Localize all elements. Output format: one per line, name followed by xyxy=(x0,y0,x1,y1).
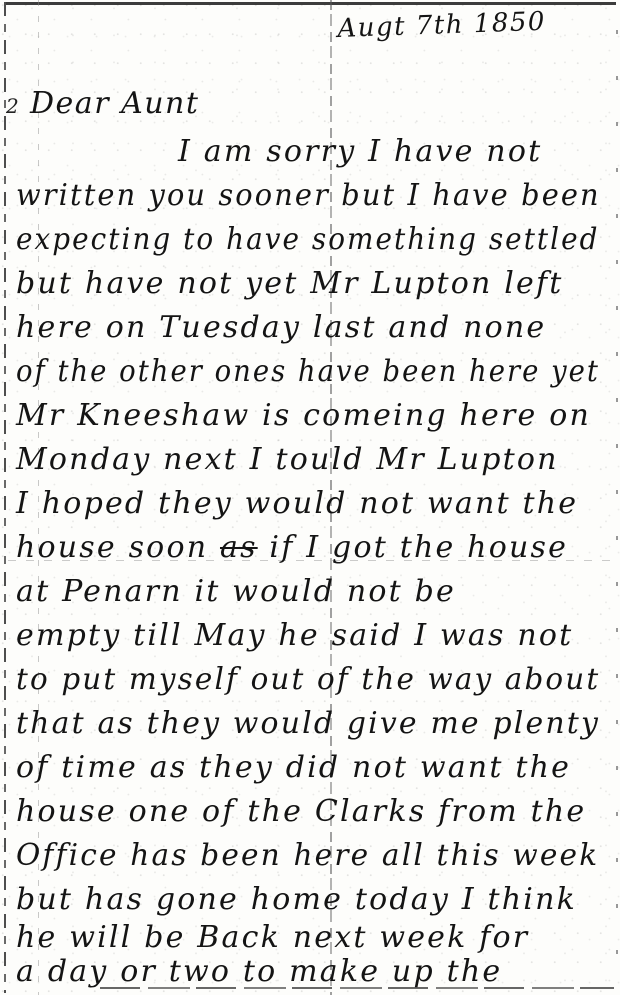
page-border-top xyxy=(6,2,616,5)
letter-date: Augt 7th 1850 xyxy=(337,7,546,44)
page-border-right xyxy=(616,10,618,985)
margin-page-number: 2 xyxy=(6,94,19,118)
letter-line: he will be Back next week for xyxy=(16,920,529,955)
letter-line: a day or two to make up the xyxy=(16,954,502,989)
letter-line: written you sooner but I have been xyxy=(16,178,601,213)
letter-line: Monday next I tould Mr Lupton xyxy=(16,442,559,477)
letter-line: of time as they did not want the xyxy=(16,750,571,785)
letter-line: Mr Kneeshaw is comeing here on xyxy=(16,398,591,433)
letter-salutation: Dear Aunt xyxy=(30,86,199,121)
letter-line: but has gone home today I think xyxy=(16,882,577,917)
letter-line: expecting to have something settled xyxy=(16,222,599,257)
letter-line: at Penarn it would not be xyxy=(16,574,456,609)
letter-page: Augt 7th 1850 2 Dear Aunt I am sorry I h… xyxy=(0,0,620,995)
letter-line: Office has been here all this week xyxy=(16,838,599,873)
struck-out-word: as xyxy=(220,530,258,565)
letter-line: I am sorry I have not xyxy=(178,134,542,169)
letter-line: house one of the Clarks from the xyxy=(16,794,586,829)
letter-line: I hoped they would not want the xyxy=(16,486,578,521)
letter-line: here on Tuesday last and none xyxy=(16,310,546,345)
letter-line: but have not yet Mr Lupton left xyxy=(16,266,564,301)
letter-line: empty till May he said I was not xyxy=(16,618,573,653)
letter-line: house soon as if I got the house xyxy=(16,530,568,565)
letter-line: of the other ones have been here yet xyxy=(16,354,600,389)
letter-line-part: if I got the house xyxy=(269,530,568,565)
page-border-left xyxy=(4,2,6,993)
letter-line: to put myself out of the way about xyxy=(16,662,600,697)
letter-line: that as they would give me plenty xyxy=(16,706,600,741)
letter-line-part: house soon xyxy=(16,530,208,565)
